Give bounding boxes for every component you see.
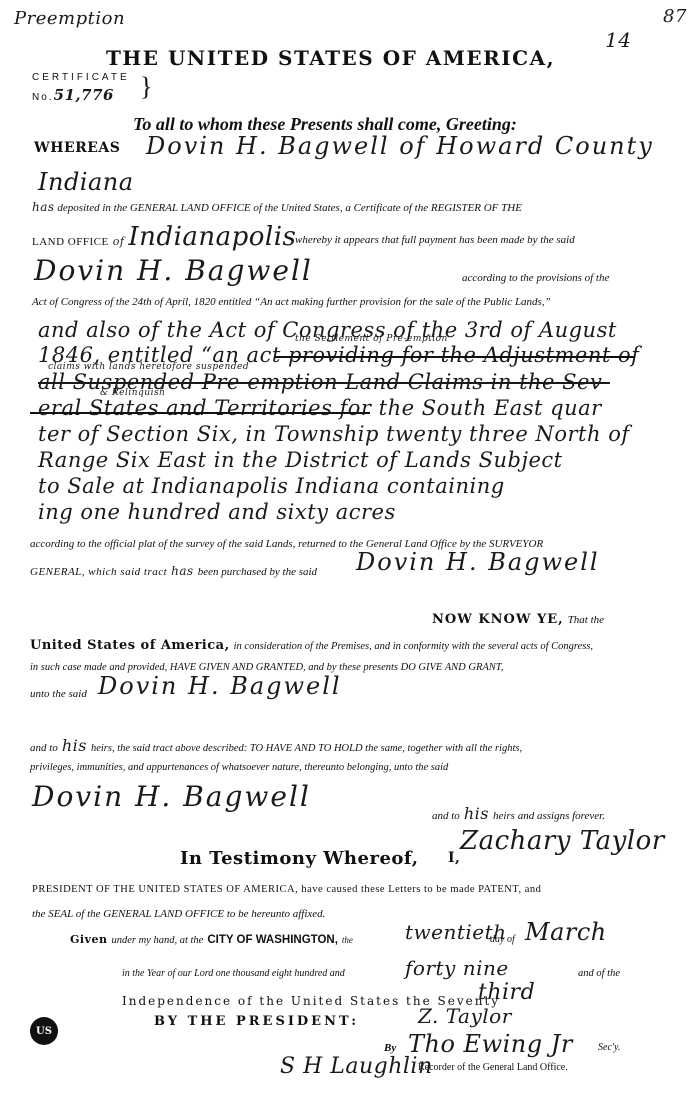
consideration-line: United States of America, in considerati… [30,636,593,654]
whereas-label: WHEREAS [34,140,120,156]
state-line: Indiana [38,168,134,196]
testimony-heading: In Testimony Whereof, [180,848,419,869]
heirs-line: and to his heirs, the said tract above d… [30,736,522,756]
certificate-number: No.51,776 [32,86,114,105]
government-seal-icon: US [30,1017,58,1045]
interlineation-1: the Settlement of Pre-emption [295,334,448,344]
unto-said-label: unto the said [30,688,87,700]
year-hand: forty nine [405,956,509,980]
assigns-line: and to his heirs and assigns forever. [432,804,605,824]
month-hand: March [525,918,607,946]
and-of-the-label: and of the [578,968,620,979]
handwritten-line-5: ter of Section Six, in Township twenty t… [38,422,630,446]
strike-line-2 [30,412,370,414]
document-title: THE UNITED STATES OF AMERICA, [106,46,555,70]
certificate-brace: } [140,72,152,102]
recorder-signature: S H Laughlin [280,1054,433,1079]
seal-text: the SEAL of the GENERAL LAND OFFICE to b… [32,908,325,920]
handwritten-line-7: to Sale at Indianapolis Indiana containi… [38,474,505,498]
grantee-name-3: Dovin H. Bagwell [98,672,342,700]
by-the-president: BY THE PRESIDENT: [154,1014,359,1029]
certificate-no-label: No. [32,92,54,103]
provisions-text: according to the provisions of the [462,272,609,284]
given-line: Given under my hand, at the CITY OF WASH… [70,930,353,948]
land-office-line: LAND OFFICE of Indianapolis [32,222,296,252]
handwritten-line-6: Range Six East in the District of Lands … [38,448,563,472]
general-line: GENERAL, which said tract has been purch… [30,562,317,580]
secretary-signature: Tho Ewing Jr [408,1030,573,1058]
grantee-line-1: Dovin H. Bagwell of Howard County [146,132,654,160]
president-signature: Zachary Taylor [460,826,665,856]
independence-hand: third [478,980,535,1005]
year-text: in the Year of our Lord one thousand eig… [122,968,345,979]
certificate-no-value: 51,776 [54,86,114,104]
grantee-name-1: Dovin H. Bagwell [34,254,313,287]
privileges-text: privileges, immunities, and appurtenance… [30,762,448,773]
grantee-name-4: Dovin H. Bagwell [32,780,311,813]
president-initial-signature: Z. Taylor [418,1004,512,1028]
by-label: By [384,1042,396,1054]
strike-line-1 [275,356,635,358]
corner-note-2: 87 [663,6,687,27]
grantee-name-2: Dovin H. Bagwell [356,548,600,576]
margin-note-preemption: Preemption [14,8,125,29]
day-of-label: day of [490,934,515,945]
secretary-label: Sec'y. [598,1042,620,1053]
handwritten-line-8: ing one hundred and sixty acres [38,500,396,524]
act-text: Act of Congress of the 24th of April, 18… [32,296,551,308]
handwritten-line-4: eral States and Territories for the Sout… [38,396,602,420]
payment-text: whereby it appears that full payment has… [295,234,575,246]
testimony-i: I, [448,850,460,866]
now-know-ye-line: NOW KNOW YE, That the [432,610,604,628]
recorder-label: Recorder of the General Land Office. [418,1062,568,1073]
corner-note-1: 14 [605,28,631,52]
certificate-label: CERTIFICATE [32,72,130,83]
deposit-line: has deposited in the GENERAL LAND OFFICE… [32,200,522,214]
president-text: PRESIDENT OF THE UNITED STATES OF AMERIC… [32,884,541,895]
